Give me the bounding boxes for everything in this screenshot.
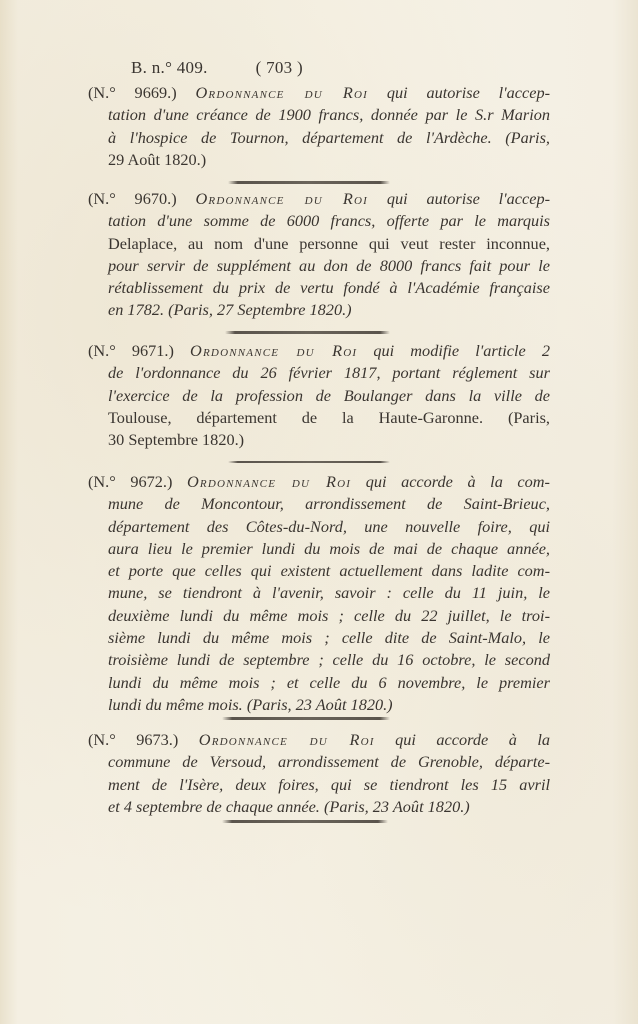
entry-text-line: lundi du même mois ; et celle du 6 novem…	[88, 672, 550, 694]
entry-text-line: département des Côtes-du-Nord, une nouve…	[88, 516, 550, 538]
entry-text-line: qui modifie l'article 2	[373, 341, 550, 360]
entry-title: Ordonnance du Roi	[187, 472, 351, 491]
page-header: B. n.° 409. ( 703 )	[131, 58, 303, 78]
entry-text-line: Delaplace, au nom d'une personne qui veu…	[88, 233, 550, 255]
entry-text-line: tation d'une créance de 1900 francs, don…	[88, 104, 550, 126]
entry-text-line: l'exercice de la profession de Boulanger…	[88, 385, 550, 407]
entry-text-line: en 1782. (Paris, 27 Septembre 1820.)	[88, 299, 550, 321]
entry-text-line: ment de l'Isère, deux foires, qui se tie…	[88, 774, 550, 796]
entry-text-line: sième lundi du même mois ; celle dite de…	[88, 627, 550, 649]
entry-number: (N.° 9672.)	[88, 472, 172, 491]
ordinance-entry-9669: (N.° 9669.) Ordonnance du Roi qui autori…	[88, 82, 550, 171]
entry-number: (N.° 9669.)	[88, 83, 177, 102]
entry-text-line: mune de Moncontour, arrondissement de Sa…	[88, 493, 550, 515]
entry-text-line: qui accorde à la	[395, 730, 550, 749]
entry-title: Ordonnance du Roi	[199, 730, 375, 749]
entry-text-line: de l'ordonnance du 26 février 1817, port…	[88, 362, 550, 384]
entry-text-line: mune, se tiendront à l'avenir, savoir : …	[88, 582, 550, 604]
entry-text-line: troisième lundi de septembre ; celle du …	[88, 649, 550, 671]
section-divider	[225, 331, 390, 334]
entry-text-line: pour servir de supplément au don de 8000…	[88, 255, 550, 277]
entry-text-line: commune de Versoud, arrondissement de Gr…	[88, 751, 550, 773]
ordinance-entry-9673: (N.° 9673.) Ordonnance du Roi qui accord…	[88, 729, 550, 818]
bulletin-number: B. n.° 409.	[131, 58, 251, 78]
entry-text-line: tation d'une somme de 6000 francs, offer…	[88, 210, 550, 232]
entry-text-line: qui autorise l'accep-	[387, 83, 550, 102]
entry-number: (N.° 9673.)	[88, 730, 178, 749]
entry-text-line: 29 Août 1820.)	[88, 149, 550, 171]
section-divider	[222, 820, 388, 823]
entry-text-line: et porte que celles qui existent actuell…	[88, 560, 550, 582]
entry-text-line: à l'hospice de Tournon, département de l…	[88, 127, 550, 149]
ordinance-entry-9671: (N.° 9671.) Ordonnance du Roi qui modifi…	[88, 340, 550, 451]
entry-text-line: Toulouse, département de la Haute-Garonn…	[88, 407, 550, 429]
entry-text-line: lundi du même mois. (Paris, 23 Août 1820…	[88, 694, 550, 716]
ordinance-entry-9670: (N.° 9670.) Ordonnance du Roi qui autori…	[88, 188, 550, 322]
ordinance-entry-9672: (N.° 9672.) Ordonnance du Roi qui accord…	[88, 471, 550, 716]
section-divider	[228, 461, 390, 463]
entry-text-line: deuxième lundi du même mois ; celle du 2…	[88, 605, 550, 627]
document-page: B. n.° 409. ( 703 ) (N.° 9669.) Ordonnan…	[0, 0, 638, 1024]
entry-number: (N.° 9671.)	[88, 341, 174, 360]
entry-text-line: qui accorde à la com-	[366, 472, 550, 491]
section-divider	[222, 717, 390, 720]
entry-number: (N.° 9670.)	[88, 189, 177, 208]
page-number: ( 703 )	[256, 58, 303, 77]
entry-title: Ordonnance du Roi	[190, 341, 357, 360]
entry-title: Ordonnance du Roi	[195, 83, 368, 102]
entry-text-line: 30 Septembre 1820.)	[88, 429, 550, 451]
entry-text-line: qui autorise l'accep-	[387, 189, 550, 208]
entry-text-line: rétablissement du prix de vertu fondé à …	[88, 277, 550, 299]
section-divider	[228, 181, 390, 184]
entry-text-line: aura lieu le premier lundi du mois de ma…	[88, 538, 550, 560]
entry-title: Ordonnance du Roi	[195, 189, 368, 208]
entry-text-line: et 4 septembre de chaque année. (Paris, …	[88, 796, 550, 818]
